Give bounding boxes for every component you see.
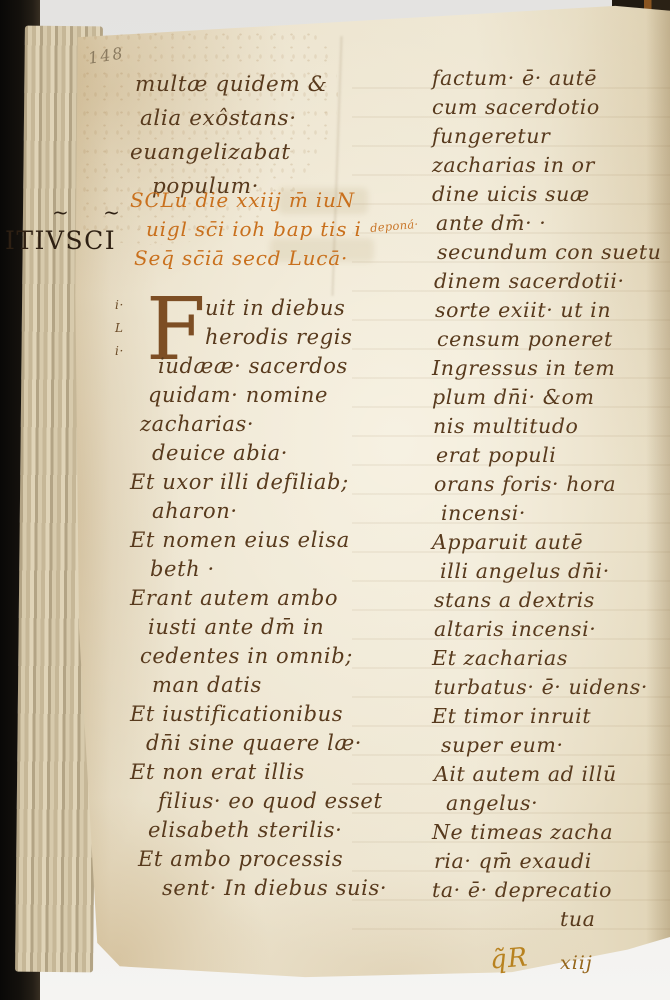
quire-mark-symbol: q̃R <box>489 942 530 975</box>
text-line: stans a dextris <box>432 586 670 615</box>
text-line: orans foris· hora <box>432 470 670 499</box>
text-line: ante dm̄· · <box>432 209 670 238</box>
text-line: Et non erat illis <box>130 758 435 787</box>
manuscript-photo: 148 ~ ~ ITIVSCI i· L i· multæ quidem & a… <box>0 0 670 1000</box>
text-line: elisabeth sterilis· <box>130 816 435 845</box>
text-line: deuice abia· <box>130 439 435 468</box>
text-line: erat populi <box>432 441 670 470</box>
text-line: man datis <box>130 671 435 700</box>
text-line: alia exôstans· <box>130 102 435 136</box>
text-line: iusti ante dm̄ in <box>130 613 435 642</box>
text-line: dn̄i sine quaere læ· <box>130 729 435 758</box>
text-line: angelus· <box>432 789 670 818</box>
text-line: Et zacharias <box>432 644 670 673</box>
margin-note: ITIVSCI <box>5 226 116 255</box>
margin-mark: i· <box>115 294 124 317</box>
text-line: sorte exiit· ut in <box>432 296 670 325</box>
text-line: Et timor inruit <box>432 702 670 731</box>
margin-note-abbreviation-marks: ~ ~ <box>52 200 134 224</box>
text-line: zacharias in or <box>432 151 670 180</box>
text-line: nis multitudo <box>432 412 670 441</box>
rubric-line: SCLu die xxiij m̄ iuN <box>130 186 450 215</box>
quire-mark-number: xiij <box>560 952 593 974</box>
text-line: herodis regis <box>130 323 435 352</box>
text-line: Ne timeas zacha <box>432 818 670 847</box>
margin-verse-marks: i· L i· <box>115 294 124 363</box>
text-line: Apparuit autē <box>432 528 670 557</box>
margin-mark: i· <box>115 340 124 363</box>
text-line: Et iustificationibus <box>130 700 435 729</box>
text-line: ria· qm̄ exaudi <box>432 847 670 876</box>
text-line: incensi· <box>432 499 670 528</box>
text-line: beth · <box>130 555 435 584</box>
text-line: tua <box>432 905 670 934</box>
text-line: filius· eo quod esset <box>130 787 435 816</box>
text-line: uit in diebus <box>130 294 435 323</box>
rubric-line: Seq̄ sc̄iā secd Lucā· <box>130 244 450 273</box>
text-line: illi angelus dn̄i· <box>432 557 670 586</box>
text-line: euangelizabat <box>130 136 435 170</box>
left-column-intro: multæ quidem & alia exôstans· euangeliza… <box>130 68 435 204</box>
text-line: Et nomen eius elisa <box>130 526 435 555</box>
text-line: dinem sacerdotii· <box>432 267 670 296</box>
text-line: secundum con suetu <box>432 238 670 267</box>
text-line: Ait autem ad illū <box>432 760 670 789</box>
text-line: cum sacerdotio <box>432 93 670 122</box>
text-line: Erant autem ambo <box>130 584 435 613</box>
text-line: ta· ē· deprecatio <box>432 876 670 905</box>
text-line: altaris incensi· <box>432 615 670 644</box>
text-line: super eum· <box>432 731 670 760</box>
text-line: quidam· nomine <box>130 381 435 410</box>
right-column-body: factum· ē· autē cum sacerdotio fungeretu… <box>432 64 670 934</box>
text-line: Ingressus in tem <box>432 354 670 383</box>
text-line: fungeretur <box>432 122 670 151</box>
text-line: zacharias· <box>130 410 435 439</box>
text-line: iudææ· sacerdos <box>130 352 435 381</box>
text-line: dine uicis suæ <box>432 180 670 209</box>
text-line: sent· In diebus suis· <box>130 874 435 903</box>
text-line: plum dn̄i· &om <box>432 383 670 412</box>
text-line: factum· ē· autē <box>432 64 670 93</box>
text-line: cedentes in omnib; <box>130 642 435 671</box>
text-line: Et ambo processis <box>130 845 435 874</box>
text-line: aharon· <box>130 497 435 526</box>
text-line: turbatus· ē· uidens· <box>432 673 670 702</box>
text-line: censum poneret <box>432 325 670 354</box>
left-column-body: uit in diebus herodis regis iudææ· sacer… <box>130 294 435 903</box>
margin-mark: L <box>115 317 124 340</box>
text-line: multæ quidem & <box>130 68 435 102</box>
text-line: Et uxor illi defiliab; <box>130 468 435 497</box>
